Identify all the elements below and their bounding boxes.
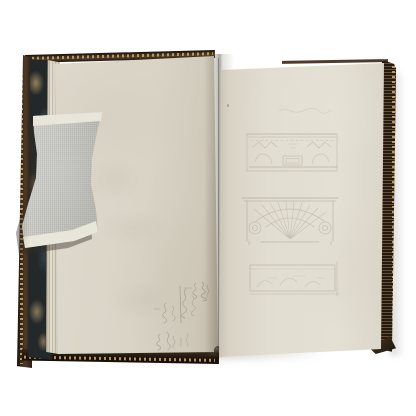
linen-swatch (12, 98, 120, 260)
photo-stage (0, 0, 416, 416)
swatch-creases (12, 98, 120, 260)
right-page (217, 58, 387, 358)
right-board-top-edge (282, 59, 388, 64)
sketch-panel-reclining-figures (247, 260, 341, 300)
faint-top-mark (275, 104, 345, 116)
gilt-tooling-bottom (24, 356, 215, 362)
sketch-frieze-winged-figures (245, 130, 339, 176)
page-speck (227, 104, 229, 107)
gutter-fold-line (218, 58, 219, 354)
sketch-frieze-radiating-fan (241, 194, 339, 248)
